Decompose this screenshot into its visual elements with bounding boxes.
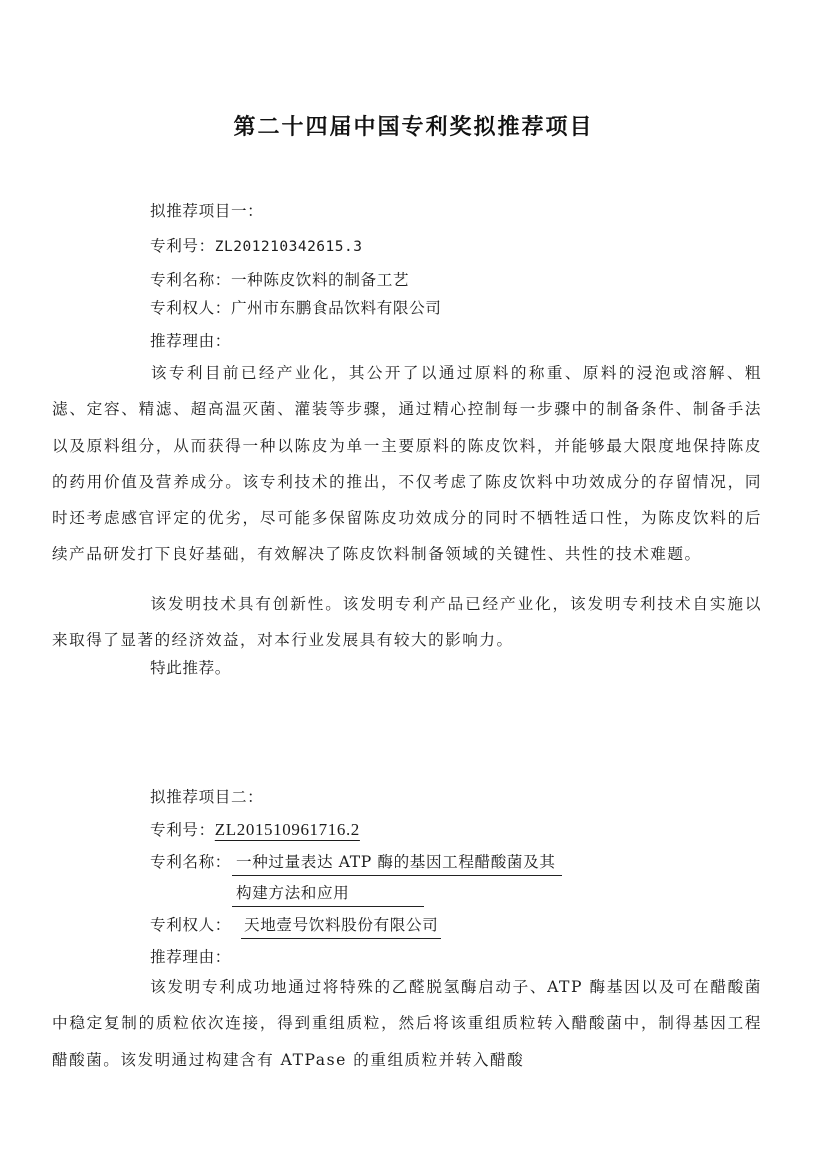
project-2-reason-paragraph-1: 该发明专利成功地通过将特殊的乙醛脱氢酶启动子、ATP 酶基因以及可在醋酸菌中稳定… [52,969,762,1078]
patent-name-value: 一种陈皮饮料的制备工艺 [231,271,409,289]
patent-name-label: 专利名称： [150,853,231,871]
project-1-closing: 特此推荐。 [150,656,231,678]
project-1-patent-no-row: 专利号：ZL201210342615.3 [150,234,362,256]
project-1-reason-paragraph-1: 该专利目前已经产业化，其公开了以通过原料的称重、原料的浸泡或溶解、粗滤、定容、精… [52,355,762,573]
project-2-patentee-value: 天地壹号饮料股份有限公司 [244,913,438,935]
project-2-reason-label: 推荐理由： [150,945,231,967]
project-2-patent-no-row: 专利号：ZL201510961716.2 [150,818,360,840]
project-2-heading: 拟推荐项目二： [150,785,263,807]
project-1-patent-name-row: 专利名称：一种陈皮饮料的制备工艺 [150,268,409,290]
project-2-patent-name-row: 专利名称： [150,850,231,872]
project-2-patentee-label: 专利权人： [150,913,231,935]
project-1-patentee-row: 专利权人：广州市东鹏食品饮料有限公司 [150,296,442,318]
patent-name-label: 专利名称： [150,271,231,289]
project-1-reason-label: 推荐理由： [150,329,231,351]
patent-no-label: 专利号： [150,821,215,839]
patentee-value: 广州市东鹏食品饮料有限公司 [231,299,442,317]
project-1-reason-paragraph-2: 该发明技术具有创新性。该发明专利产品已经产业化，该发明专利技术自实施以来取得了显… [52,586,762,659]
page-title: 第二十四届中国专利奖拟推荐项目 [0,110,827,141]
patent-no-value: ZL201210342615.3 [215,239,363,255]
patent-no-value: ZL201510961716.2 [215,820,360,839]
project-1-heading: 拟推荐项目一： [150,199,263,221]
patent-no-label: 专利号： [150,237,215,255]
patentee-label: 专利权人： [150,299,231,317]
patent-name-value-line-1: 一种过量表达 ATP 酶的基因工程醋酸菌及其 [236,850,556,872]
patent-name-value-line-2: 构建方法和应用 [236,881,349,903]
